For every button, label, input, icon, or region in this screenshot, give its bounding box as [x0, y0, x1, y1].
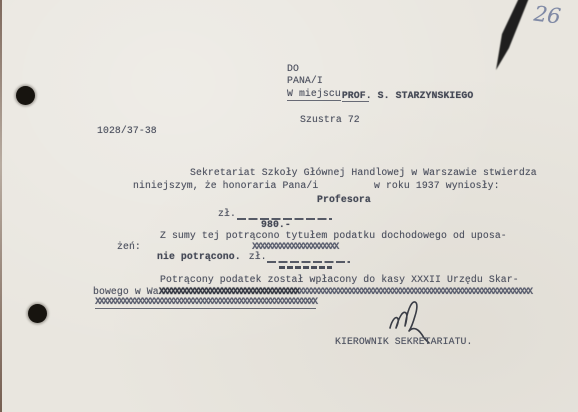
double-dash-line [279, 266, 332, 269]
not-deducted-line: nie potrącono.zł. [157, 252, 267, 262]
not-deducted-fill-line [267, 261, 350, 263]
currency-label-1: zł. [218, 209, 236, 219]
not-deducted-text: nie potrącono. [157, 251, 241, 262]
strikeout-row-2-light: XXXXXXXXXXXXXXXXXXXXXXXXXXXXXXXXXXXXXXXX… [298, 286, 531, 297]
para1-line1: Sekretariat Szkoły Głównej Handlowej w W… [190, 168, 537, 178]
handwritten-page-number: 26 [533, 1, 562, 28]
amount-value: 980.- [261, 220, 291, 230]
place-text: W miejscu [287, 88, 341, 101]
address-line-street: Szustra 72 [300, 115, 360, 125]
punch-hole-top [16, 86, 35, 105]
para2-line1: Z sumy tej potrącono tytułem podatku doc… [160, 231, 507, 241]
recipient-name-underline [342, 101, 369, 102]
scan-left-edge [0, 0, 2, 412]
para1-line2b: w roku 1937 wyniosły: [374, 181, 500, 191]
strikeout-row-3-wrap: XXXXXXXXXXXXXXXXXXXXXXXXXXXXXXXXXXXXXXXX… [95, 297, 316, 307]
strikeout-row-3: XXXXXXXXXXXXXXXXXXXXXXXXXXXXXXXXXXXXXXXX… [95, 296, 316, 309]
address-line-do: DO [287, 64, 299, 74]
signature-title: KIEROWNIK SEKRETARIATU. [335, 337, 473, 347]
para3-line1: Potrącony podatek został wpłacony do kas… [160, 275, 519, 285]
scanned-document-page: { "colors": { "paper": "#e9e6df", "ink":… [0, 0, 578, 412]
currency-label-2: zł. [249, 251, 267, 262]
reference-number: 1028/37-38 [97, 126, 157, 136]
para2-line2-prefix: żeń: [117, 242, 141, 252]
title-word: Profesora [317, 195, 371, 205]
address-line-pana: PANA/I [287, 76, 323, 86]
recipient-name: PROF. S. STARZYNSKIEGO [342, 90, 474, 101]
address-line-place: W miejscuPROF. S. STARZYNSKIEGO [287, 89, 473, 99]
punch-hole-bottom [28, 304, 47, 323]
para1-line2a: niniejszym, że honoraria Pana/i [133, 181, 318, 191]
